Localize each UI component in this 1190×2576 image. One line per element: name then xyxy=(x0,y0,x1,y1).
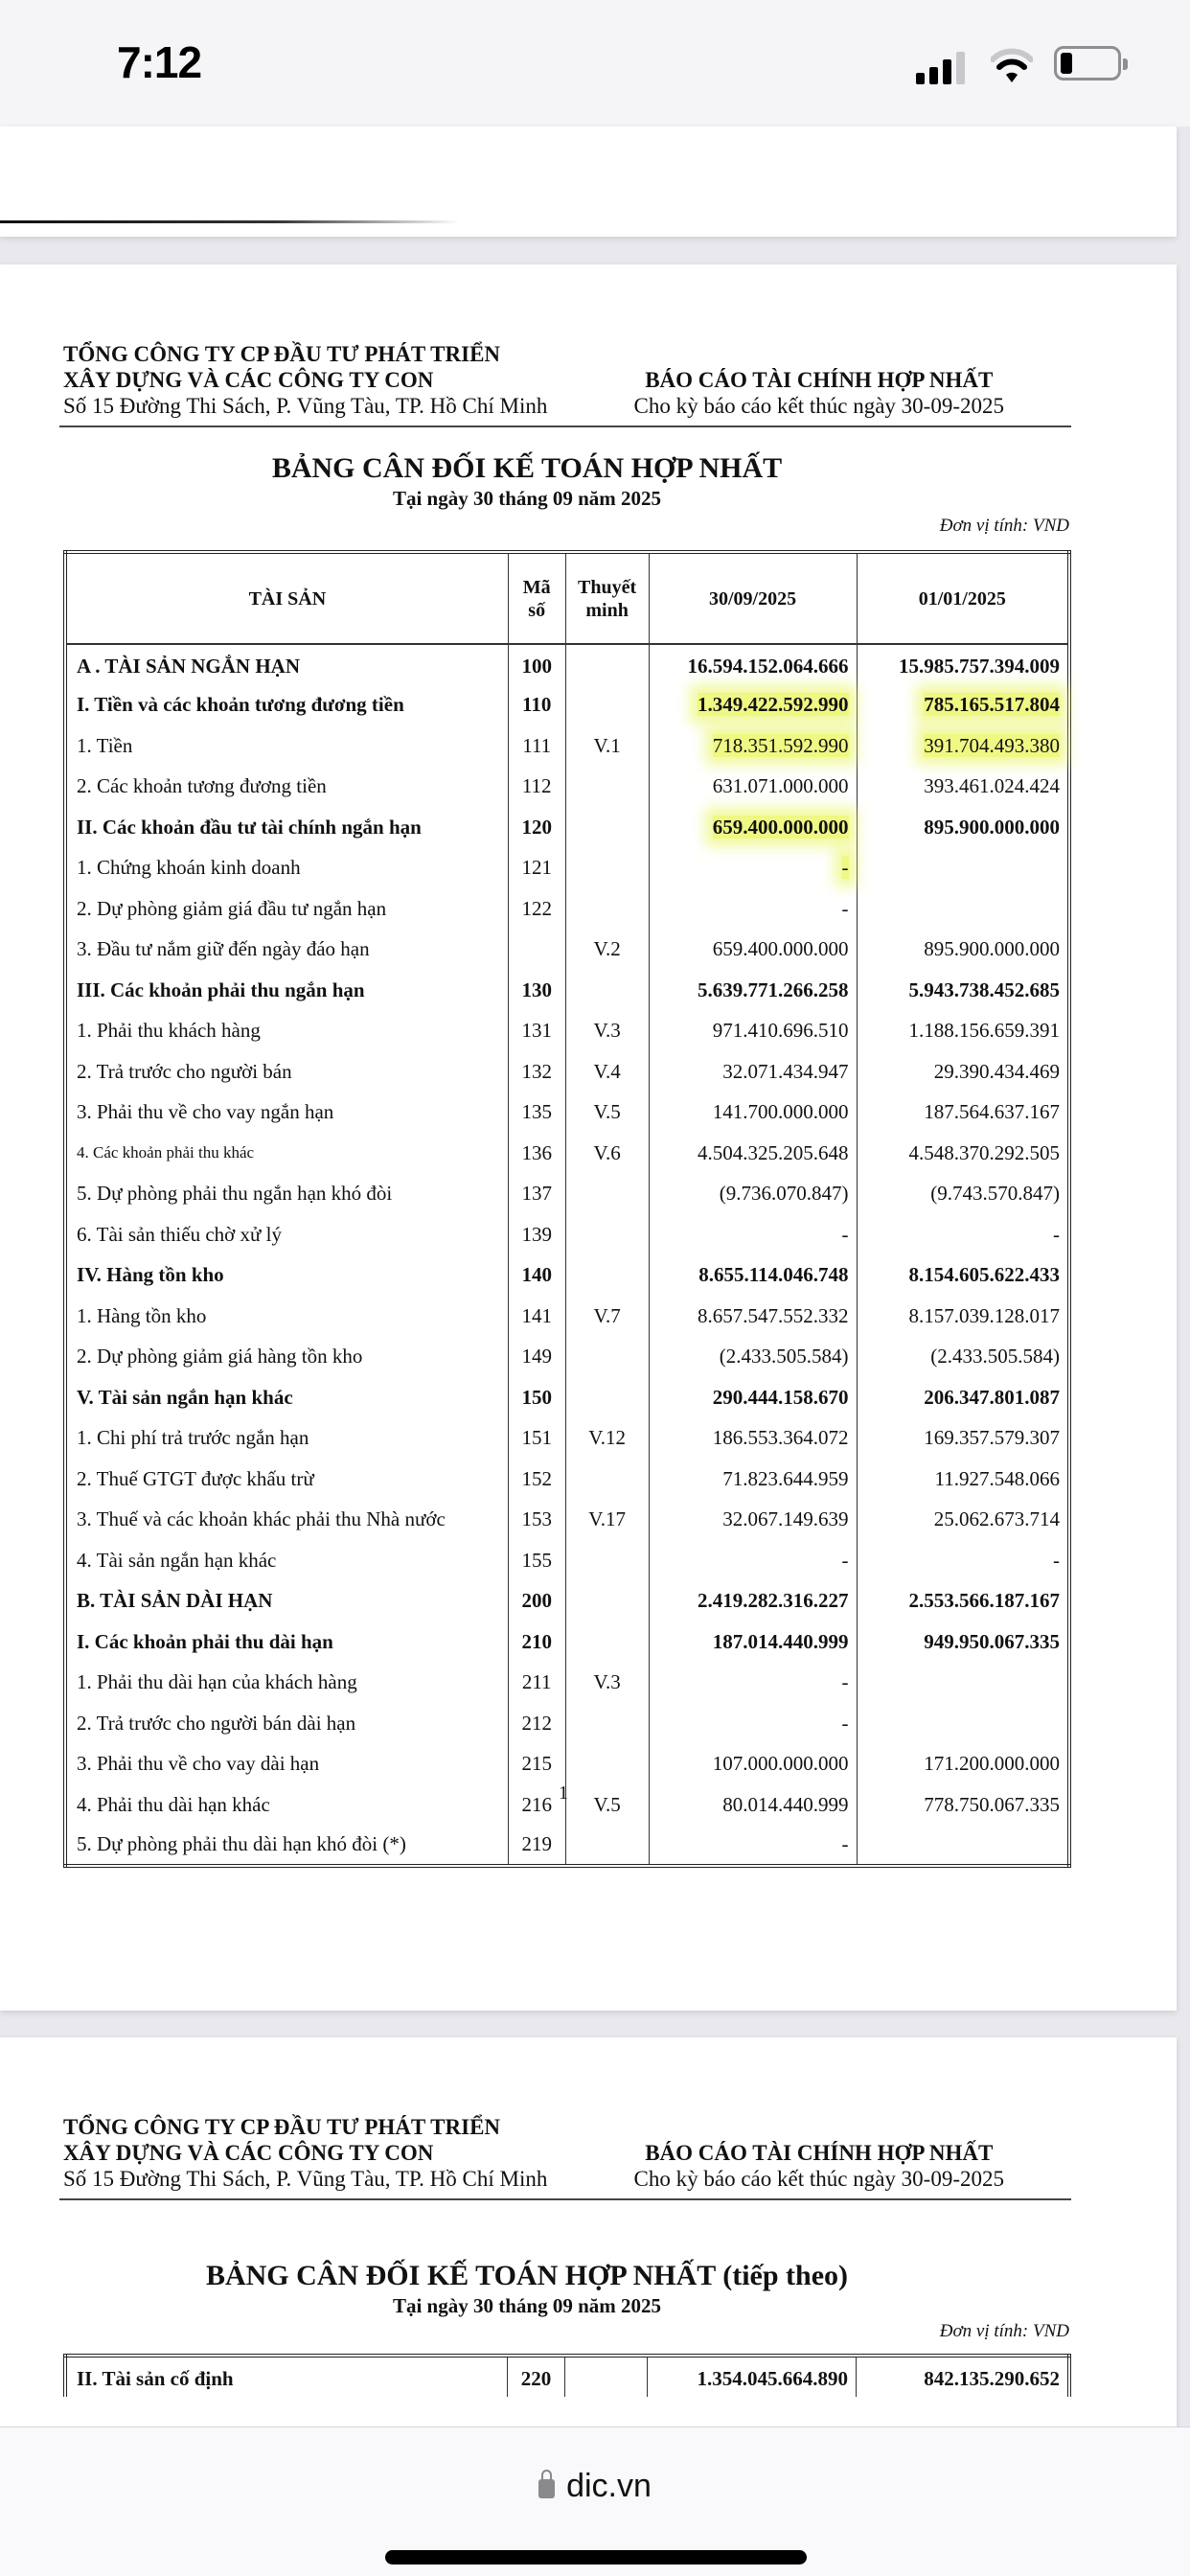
row-code xyxy=(508,930,565,971)
row-label: A . TÀI SẢN NGẮN HẠN xyxy=(65,644,508,685)
row-label-text: B. TÀI SẢN DÀI HẠN xyxy=(77,1589,272,1612)
row-code-text: 111 xyxy=(522,734,551,757)
row-value-period-end: - xyxy=(649,1214,857,1255)
row-note xyxy=(565,848,649,889)
row-code-text: 121 xyxy=(521,856,552,879)
row-value-period-end: 971.410.696.510 xyxy=(649,1011,857,1052)
row-value-period-start: 4.548.370.292.505 xyxy=(857,1133,1069,1174)
row-value-period-start: 785.165.517.804 xyxy=(857,685,1069,726)
row-label-text: 1. Chứng khoán kinh doanh xyxy=(77,856,301,879)
cellular-signal-icon xyxy=(916,50,970,84)
report-title: BÁO CÁO TÀI CHÍNH HỢP NHẤT xyxy=(634,367,1004,393)
row-value-period-start-text: 15.985.757.394.009 xyxy=(899,655,1060,678)
row-label: 4. Các khoản phải thu khác xyxy=(65,1133,508,1174)
company-name-line2: XÂY DỰNG VÀ CÁC CÔNG TY CON xyxy=(63,2140,547,2166)
row-value-period-start xyxy=(857,888,1069,930)
row-value-period-end: - xyxy=(649,888,857,930)
row-code-text: 220 xyxy=(521,2367,552,2390)
row-label-text: 5. Dự phòng phải thu dài hạn khó đòi (*) xyxy=(77,1832,406,1855)
row-note-text: V.7 xyxy=(593,1304,620,1327)
row-value-period-start-text: 895.900.000.000 xyxy=(924,816,1060,839)
company-header: TỔNG CÔNG TY CP ĐẦU TƯ PHÁT TRIỂN XÂY DỰ… xyxy=(63,2114,547,2192)
row-label: 5. Dự phòng phải thu ngắn hạn khó đòi xyxy=(65,1174,508,1215)
balance-sheet-rows: A . TÀI SẢN NGẮN HẠN10016.594.152.064.66… xyxy=(65,644,1069,1866)
row-value-period-start-text: (2.433.505.584) xyxy=(930,1345,1060,1368)
row-value-period-end-text: 1.349.422.592.990 xyxy=(698,693,849,716)
row-value-period-end-text: 71.823.644.959 xyxy=(722,1467,848,1490)
row-label-text: III. Các khoản phải thu ngắn hạn xyxy=(77,978,365,1001)
row-value-period-start: 949.950.067.335 xyxy=(857,1621,1069,1663)
table-row: 2. Các khoản tương đương tiền112631.071.… xyxy=(65,767,1069,808)
table-row: 5. Dự phòng phải thu dài hạn khó đòi (*)… xyxy=(65,1826,1069,1867)
row-value-period-end: - xyxy=(649,1663,857,1704)
row-label-text: I. Các khoản phải thu dài hạn xyxy=(77,1630,333,1653)
row-label-text: 3. Đầu tư nắm giữ đến ngày đáo hạn xyxy=(77,937,370,960)
page-title: BẢNG CÂN ĐỐI KẾ TOÁN HỢP NHẤT xyxy=(0,452,1054,485)
row-label: I. Tiền và các khoản tương đương tiền xyxy=(65,685,508,726)
row-value-period-end: - xyxy=(649,848,857,889)
row-value-period-end: 16.594.152.064.666 xyxy=(649,644,857,685)
row-value-period-end-text: 186.553.364.072 xyxy=(713,1426,849,1449)
row-value-period-start: 171.200.000.000 xyxy=(857,1744,1069,1785)
row-value-period-end: 5.639.771.266.258 xyxy=(649,970,857,1011)
row-note-text: V.6 xyxy=(593,1141,620,1164)
column-header-period-end: 30/09/2025 xyxy=(649,552,857,644)
row-value-period-end-text: 187.014.440.999 xyxy=(713,1630,849,1653)
row-value-period-end: 32.071.434.947 xyxy=(649,1051,857,1092)
row-code-text: 151 xyxy=(521,1426,552,1449)
row-label: III. Các khoản phải thu ngắn hạn xyxy=(65,970,508,1011)
row-code-text: 130 xyxy=(521,978,552,1001)
row-code-text: 112 xyxy=(522,774,552,797)
row-value-period-end: 186.553.364.072 xyxy=(649,1418,857,1460)
row-code: 210 xyxy=(508,1621,565,1663)
row-code: 130 xyxy=(508,970,565,1011)
row-value-period-start-text: 393.461.024.424 xyxy=(924,774,1060,797)
row-code: 220 xyxy=(508,2356,565,2397)
row-label-text: 6. Tài sản thiếu chờ xử lý xyxy=(77,1223,282,1246)
row-note xyxy=(565,1214,649,1255)
table-row: 3. Đầu tư nắm giữ đến ngày đáo hạnV.2659… xyxy=(65,930,1069,971)
row-value-period-start: 1.188.156.659.391 xyxy=(857,1011,1069,1052)
row-value-period-end-text: 971.410.696.510 xyxy=(713,1019,849,1042)
row-code: 150 xyxy=(508,1377,565,1418)
row-code-text: 212 xyxy=(521,1712,552,1735)
row-value-period-start-text: 25.062.673.714 xyxy=(934,1507,1060,1530)
row-value-period-start-text: 895.900.000.000 xyxy=(924,937,1060,960)
row-note: V.7 xyxy=(565,1296,649,1337)
row-code: 132 xyxy=(508,1051,565,1092)
row-value-period-end: 659.400.000.000 xyxy=(649,930,857,971)
row-value-period-end-text: 8.655.114.046.748 xyxy=(698,1263,848,1286)
row-label-text: 5. Dự phòng phải thu ngắn hạn khó đòi xyxy=(77,1182,392,1205)
row-value-period-end: 8.657.547.552.332 xyxy=(649,1296,857,1337)
row-note-text: V.2 xyxy=(593,937,620,960)
table-row: 5. Dự phòng phải thu ngắn hạn khó đòi137… xyxy=(65,1174,1069,1215)
row-code-text: 131 xyxy=(521,1019,552,1042)
row-value-period-start: 895.900.000.000 xyxy=(857,930,1069,971)
row-value-period-start-text: 4.548.370.292.505 xyxy=(909,1141,1061,1164)
row-label: 2. Dự phòng giảm giá đầu tư ngắn hạn xyxy=(65,888,508,930)
row-value-period-end-text: 1.354.045.664.890 xyxy=(698,2367,849,2390)
row-code: 135 xyxy=(508,1092,565,1134)
table-row: 4. Các khoản phải thu khác136V.64.504.32… xyxy=(65,1133,1069,1174)
row-label: II. Tài sản cố định xyxy=(65,2356,508,2397)
row-code: 139 xyxy=(508,1214,565,1255)
row-code: 136 xyxy=(508,1133,565,1174)
address-bar[interactable]: dic.vn xyxy=(0,2468,1190,2505)
row-label-text: 3. Phải thu về cho vay dài hạn xyxy=(77,1752,319,1775)
row-value-period-start: (2.433.505.584) xyxy=(857,1337,1069,1378)
table-row: 2. Thuế GTGT được khấu trừ15271.823.644.… xyxy=(65,1459,1069,1500)
pdf-page-balance-sheet-continued: TỔNG CÔNG TY CP ĐẦU TƯ PHÁT TRIỂN XÂY DỰ… xyxy=(0,2037,1177,2430)
row-code-text: 152 xyxy=(521,1467,552,1490)
row-code-text: 136 xyxy=(521,1141,552,1164)
row-value-period-end-text: 32.067.149.639 xyxy=(722,1507,848,1530)
row-value-period-end: 107.000.000.000 xyxy=(649,1744,857,1785)
row-value-period-start-text: 206.347.801.087 xyxy=(924,1386,1060,1409)
table-row: 1. Hàng tồn kho141V.78.657.547.552.3328.… xyxy=(65,1296,1069,1337)
row-value-period-start: 206.347.801.087 xyxy=(857,1377,1069,1418)
table-row: 2. Dự phòng giảm giá đầu tư ngắn hạn122- xyxy=(65,888,1069,930)
row-value-period-start-text: 169.357.579.307 xyxy=(924,1426,1060,1449)
row-label: 1. Tiền xyxy=(65,725,508,767)
row-label-text: 1. Hàng tồn kho xyxy=(77,1304,206,1327)
row-value-period-end-text: (2.433.505.584) xyxy=(720,1345,849,1368)
company-name-line1: TỔNG CÔNG TY CP ĐẦU TƯ PHÁT TRIỂN xyxy=(63,2114,547,2140)
row-value-period-start-text: 5.943.738.452.685 xyxy=(909,978,1061,1001)
pdf-page-balance-sheet: TỔNG CÔNG TY CP ĐẦU TƯ PHÁT TRIỂN XÂY DỰ… xyxy=(0,264,1177,2011)
report-period: Cho kỳ báo cáo kết thúc ngày 30-09-2025 xyxy=(634,393,1004,419)
row-code: 100 xyxy=(508,644,565,685)
column-header-code: Mã số xyxy=(508,552,565,644)
company-name-line1: TỔNG CÔNG TY CP ĐẦU TƯ PHÁT TRIỂN xyxy=(63,341,547,367)
row-code: 215 xyxy=(508,1744,565,1785)
row-note-text: V.1 xyxy=(593,734,620,757)
table-row: 2. Dự phòng giảm giá hàng tồn kho149(2.4… xyxy=(65,1337,1069,1378)
table-row: III. Các khoản phải thu ngắn hạn1305.639… xyxy=(65,970,1069,1011)
row-value-period-end-text: 290.444.158.670 xyxy=(713,1386,849,1409)
row-code-text: 149 xyxy=(521,1345,552,1368)
row-note xyxy=(565,1703,649,1744)
row-label: B. TÀI SẢN DÀI HẠN xyxy=(65,1581,508,1622)
row-value-period-start-text: 2.553.566.187.167 xyxy=(909,1589,1061,1612)
row-value-period-start: 895.900.000.000 xyxy=(857,807,1069,848)
row-label: II. Các khoản đầu tư tài chính ngắn hạn xyxy=(65,807,508,848)
row-label: 3. Phải thu về cho vay dài hạn xyxy=(65,1744,508,1785)
table-header-row: TÀI SẢN Mã số Thuyết minh 30/09/2025 01/… xyxy=(65,552,1069,644)
row-label: 1. Phải thu khách hàng xyxy=(65,1011,508,1052)
row-value-period-start-text: - xyxy=(1053,1223,1060,1246)
row-note xyxy=(565,1540,649,1581)
row-note xyxy=(565,1826,649,1867)
row-note: V.4 xyxy=(565,1051,649,1092)
row-value-period-end-text: - xyxy=(842,856,849,879)
row-value-period-start-text: 391.704.493.380 xyxy=(924,734,1060,757)
table-row: II. Các khoản đầu tư tài chính ngắn hạn1… xyxy=(65,807,1069,848)
balance-sheet-table-continued: II. Tài sản cố định2201.354.045.664.8908… xyxy=(63,2354,1071,2397)
row-label-text: 4. Tài sản ngắn hạn khác xyxy=(77,1549,276,1572)
row-label-text: 2. Thuế GTGT được khấu trừ xyxy=(77,1467,314,1490)
page-subtitle: Tại ngày 30 tháng 09 năm 2025 xyxy=(0,487,1054,511)
row-note xyxy=(565,970,649,1011)
row-note: V.6 xyxy=(565,1133,649,1174)
row-label: V. Tài sản ngắn hạn khác xyxy=(65,1377,508,1418)
row-label-text: 1. Tiền xyxy=(77,734,132,757)
row-value-period-end-text: - xyxy=(842,1712,849,1735)
row-value-period-end-text: 2.419.282.316.227 xyxy=(698,1589,849,1612)
row-value-period-end: 71.823.644.959 xyxy=(649,1459,857,1500)
balance-sheet-table: TÀI SẢN Mã số Thuyết minh 30/09/2025 01/… xyxy=(63,550,1071,1868)
table-row: 3. Phải thu về cho vay ngắn hạn135V.5141… xyxy=(65,1092,1069,1134)
header-divider xyxy=(59,425,1071,427)
browser-bottom-bar: dic.vn xyxy=(0,2426,1190,2576)
row-value-period-end-text: - xyxy=(842,1223,849,1246)
row-code: 110 xyxy=(508,685,565,726)
company-address: Số 15 Đường Thi Sách, P. Vũng Tàu, TP. H… xyxy=(63,2166,547,2192)
row-note xyxy=(565,1459,649,1500)
row-value-period-start xyxy=(857,848,1069,889)
column-header-period-start: 01/01/2025 xyxy=(857,552,1069,644)
table-row: 1. Chứng khoán kinh doanh121- xyxy=(65,848,1069,889)
currency-unit: Đơn vị tính: VND xyxy=(940,2321,1069,2342)
table-row: 1. Phải thu dài hạn của khách hàng211V.3… xyxy=(65,1663,1069,1704)
home-indicator[interactable] xyxy=(385,2550,807,2564)
row-code: 111 xyxy=(508,725,565,767)
row-value-period-end: 4.504.325.205.648 xyxy=(649,1133,857,1174)
row-value-period-end: 32.067.149.639 xyxy=(649,1500,857,1541)
row-label: 3. Phải thu về cho vay ngắn hạn xyxy=(65,1092,508,1134)
row-code: 131 xyxy=(508,1011,565,1052)
row-label-text: I. Tiền và các khoản tương đương tiền xyxy=(77,693,404,716)
row-value-period-end-text: 107.000.000.000 xyxy=(713,1752,849,1775)
row-code: 112 xyxy=(508,767,565,808)
row-code-text: 122 xyxy=(521,897,552,920)
report-period: Cho kỳ báo cáo kết thúc ngày 30-09-2025 xyxy=(634,2166,1004,2192)
row-label-text: 2. Dự phòng giảm giá đầu tư ngắn hạn xyxy=(77,897,386,920)
row-note xyxy=(565,1377,649,1418)
column-header-asset: TÀI SẢN xyxy=(65,552,508,644)
currency-unit: Đơn vị tính: VND xyxy=(940,516,1069,537)
table-row: 1. Tiền111V.1718.351.592.990391.704.493.… xyxy=(65,725,1069,767)
row-code-text: 135 xyxy=(521,1100,552,1123)
row-value-period-start: 15.985.757.394.009 xyxy=(857,644,1069,685)
row-code: 141 xyxy=(508,1296,565,1337)
row-code-text: 141 xyxy=(521,1304,552,1327)
row-note-text: V.17 xyxy=(588,1507,626,1530)
row-code: 151 xyxy=(508,1418,565,1460)
row-label-text: A . TÀI SẢN NGẮN HẠN xyxy=(77,655,300,678)
row-note: V.5 xyxy=(565,1092,649,1134)
column-header-note-label: Thuyết minh xyxy=(576,576,639,622)
row-label-text: II. Tài sản cố định xyxy=(77,2367,234,2390)
table-row: 2. Trả trước cho người bán132V.432.071.4… xyxy=(65,1051,1069,1092)
row-code-text: 120 xyxy=(521,816,552,839)
row-value-period-start: 8.157.039.128.017 xyxy=(857,1296,1069,1337)
header-divider xyxy=(59,2198,1071,2200)
row-note: V.3 xyxy=(565,1663,649,1704)
column-header-code-label: Mã số xyxy=(517,576,556,622)
row-note xyxy=(565,1337,649,1378)
row-label: 3. Thuế và các khoản khác phải thu Nhà n… xyxy=(65,1500,508,1541)
row-value-period-end-text: 16.594.152.064.666 xyxy=(688,655,849,678)
table-row: IV. Hàng tồn kho1408.655.114.046.7488.15… xyxy=(65,1255,1069,1297)
row-code: 219 xyxy=(508,1826,565,1867)
row-note xyxy=(564,2356,647,2397)
row-value-period-end-text: - xyxy=(842,1670,849,1693)
row-value-period-start xyxy=(857,1826,1069,1867)
table-row: I. Các khoản phải thu dài hạn210187.014.… xyxy=(65,1621,1069,1663)
row-value-period-start-text: 171.200.000.000 xyxy=(924,1752,1060,1775)
pdf-page-previous xyxy=(0,126,1177,237)
row-code: 153 xyxy=(508,1500,565,1541)
row-value-period-end: - xyxy=(649,1703,857,1744)
row-note-text: V.5 xyxy=(593,1100,620,1123)
row-code: 121 xyxy=(508,848,565,889)
balance-sheet-rows: II. Tài sản cố định2201.354.045.664.8908… xyxy=(65,2356,1069,2397)
row-code-text: 137 xyxy=(521,1182,552,1205)
row-label: I. Các khoản phải thu dài hạn xyxy=(65,1621,508,1663)
row-value-period-start: 5.943.738.452.685 xyxy=(857,970,1069,1011)
row-code-text: 200 xyxy=(521,1589,552,1612)
lock-icon xyxy=(538,2479,555,2498)
row-note xyxy=(565,1581,649,1622)
row-value-period-end: - xyxy=(649,1826,857,1867)
row-label: 2. Trả trước cho người bán xyxy=(65,1051,508,1092)
row-value-period-start: 393.461.024.424 xyxy=(857,767,1069,808)
row-note xyxy=(565,888,649,930)
row-code-text: 140 xyxy=(521,1263,552,1286)
page-title: BẢNG CÂN ĐỐI KẾ TOÁN HỢP NHẤT (tiếp theo… xyxy=(0,2260,1054,2292)
row-value-period-start-text: - xyxy=(1053,1549,1060,1572)
row-value-period-start: 29.390.434.469 xyxy=(857,1051,1069,1092)
page-subtitle: Tại ngày 30 tháng 09 năm 2025 xyxy=(0,2294,1054,2318)
row-note-text: V.3 xyxy=(593,1670,620,1693)
row-value-period-end: (9.736.070.847) xyxy=(649,1174,857,1215)
row-code: 137 xyxy=(508,1174,565,1215)
row-value-period-end: - xyxy=(649,1540,857,1581)
row-label-text: II. Các khoản đầu tư tài chính ngắn hạn xyxy=(77,816,422,839)
row-value-period-start-text: 8.157.039.128.017 xyxy=(909,1304,1061,1327)
row-note: V.12 xyxy=(565,1418,649,1460)
company-name-line2: XÂY DỰNG VÀ CÁC CÔNG TY CON xyxy=(63,367,547,393)
row-value-period-end-text: 659.400.000.000 xyxy=(713,937,849,960)
table-row: I. Tiền và các khoản tương đương tiền110… xyxy=(65,685,1069,726)
row-code: 122 xyxy=(508,888,565,930)
row-label: 6. Tài sản thiếu chờ xử lý xyxy=(65,1214,508,1255)
status-bar: 7:12 xyxy=(0,0,1190,126)
row-value-period-end-text: 141.700.000.000 xyxy=(713,1100,849,1123)
row-value-period-start xyxy=(857,1703,1069,1744)
row-value-period-start-text: 785.165.517.804 xyxy=(924,693,1060,716)
row-value-period-end-text: 32.071.434.947 xyxy=(722,1060,848,1083)
row-value-period-start: 842.135.290.652 xyxy=(857,2356,1070,2397)
row-value-period-start: 391.704.493.380 xyxy=(857,725,1069,767)
row-value-period-start-text: 842.135.290.652 xyxy=(924,2367,1060,2390)
row-value-period-end-text: 718.351.592.990 xyxy=(713,734,849,757)
row-code: 155 xyxy=(508,1540,565,1581)
company-header: TỔNG CÔNG TY CP ĐẦU TƯ PHÁT TRIỂN XÂY DỰ… xyxy=(63,341,547,419)
row-label-text: V. Tài sản ngắn hạn khác xyxy=(77,1386,293,1409)
row-label: 4. Tài sản ngắn hạn khác xyxy=(65,1540,508,1581)
row-value-period-end-text: 659.400.000.000 xyxy=(713,816,849,839)
report-header: BÁO CÁO TÀI CHÍNH HỢP NHẤT Cho kỳ báo cá… xyxy=(634,367,1004,419)
row-value-period-end-text: 631.071.000.000 xyxy=(713,774,849,797)
row-value-period-start: - xyxy=(857,1214,1069,1255)
row-value-period-start-text: 8.154.605.622.433 xyxy=(909,1263,1061,1286)
table-row: 1. Chi phí trả trước ngắn hạn151V.12186.… xyxy=(65,1418,1069,1460)
row-note: V.17 xyxy=(565,1500,649,1541)
column-header-note: Thuyết minh xyxy=(565,552,649,644)
table-row: A . TÀI SẢN NGẮN HẠN10016.594.152.064.66… xyxy=(65,644,1069,685)
report-header: BÁO CÁO TÀI CHÍNH HỢP NHẤT Cho kỳ báo cá… xyxy=(634,2140,1004,2192)
row-label-text: IV. Hàng tồn kho xyxy=(77,1263,224,1286)
row-code-text: 153 xyxy=(521,1507,552,1530)
table-row: V. Tài sản ngắn hạn khác150290.444.158.6… xyxy=(65,1377,1069,1418)
table-row: B. TÀI SẢN DÀI HẠN2002.419.282.316.2272.… xyxy=(65,1581,1069,1622)
row-label: 3. Đầu tư nắm giữ đến ngày đáo hạn xyxy=(65,930,508,971)
row-label-text: 3. Phải thu về cho vay ngắn hạn xyxy=(77,1100,333,1123)
row-value-period-end-text: 4.504.325.205.648 xyxy=(698,1141,849,1164)
row-label: 1. Chứng khoán kinh doanh xyxy=(65,848,508,889)
row-label-text: 1. Phải thu dài hạn của khách hàng xyxy=(77,1670,357,1693)
row-note-text: V.3 xyxy=(593,1019,620,1042)
row-note xyxy=(565,807,649,848)
row-code-text: 211 xyxy=(522,1670,552,1693)
url-text: dic.vn xyxy=(566,2468,652,2504)
table-row: II. Tài sản cố định2201.354.045.664.8908… xyxy=(65,2356,1069,2397)
row-value-period-end: 141.700.000.000 xyxy=(649,1092,857,1134)
row-note-text: V.12 xyxy=(588,1426,626,1449)
row-code: 152 xyxy=(508,1459,565,1500)
row-value-period-end-text: - xyxy=(842,1549,849,1572)
row-value-period-end-text: - xyxy=(842,897,849,920)
row-note xyxy=(565,685,649,726)
row-value-period-start xyxy=(857,1663,1069,1704)
row-value-period-start: 187.564.637.167 xyxy=(857,1092,1069,1134)
row-value-period-end-text: - xyxy=(842,1832,849,1855)
row-value-period-end-text: (9.736.070.847) xyxy=(720,1182,849,1205)
row-note xyxy=(565,1174,649,1215)
table-row: 4. Tài sản ngắn hạn khác155-- xyxy=(65,1540,1069,1581)
row-value-period-end-text: 5.639.771.266.258 xyxy=(698,978,849,1001)
row-label: 1. Phải thu dài hạn của khách hàng xyxy=(65,1663,508,1704)
row-code: 149 xyxy=(508,1337,565,1378)
row-value-period-end: 1.354.045.664.890 xyxy=(648,2356,857,2397)
row-value-period-end: 718.351.592.990 xyxy=(649,725,857,767)
table-row: 3. Phải thu về cho vay dài hạn215107.000… xyxy=(65,1744,1069,1785)
row-code: 211 xyxy=(508,1663,565,1704)
row-value-period-start-text: (9.743.570.847) xyxy=(930,1182,1060,1205)
row-value-period-end: 1.349.422.592.990 xyxy=(649,685,857,726)
row-code-text: 150 xyxy=(521,1386,552,1409)
table-bottom-border xyxy=(0,220,460,223)
row-label-text: 4. Các khoản phải thu khác xyxy=(77,1143,254,1161)
row-value-period-end: 290.444.158.670 xyxy=(649,1377,857,1418)
row-label: 2. Dự phòng giảm giá hàng tồn kho xyxy=(65,1337,508,1378)
row-value-period-start: 25.062.673.714 xyxy=(857,1500,1069,1541)
row-label: 2. Thuế GTGT được khấu trừ xyxy=(65,1459,508,1500)
row-value-period-end: 2.419.282.316.227 xyxy=(649,1581,857,1622)
row-code: 200 xyxy=(508,1581,565,1622)
row-note-text: V.4 xyxy=(593,1060,620,1083)
row-code: 212 xyxy=(508,1703,565,1744)
row-value-period-start-text: 1.188.156.659.391 xyxy=(909,1019,1061,1042)
table-row: 6. Tài sản thiếu chờ xử lý139-- xyxy=(65,1214,1069,1255)
row-value-period-start: - xyxy=(857,1540,1069,1581)
row-label: 5. Dự phòng phải thu dài hạn khó đòi (*) xyxy=(65,1826,508,1867)
row-code: 140 xyxy=(508,1255,565,1297)
